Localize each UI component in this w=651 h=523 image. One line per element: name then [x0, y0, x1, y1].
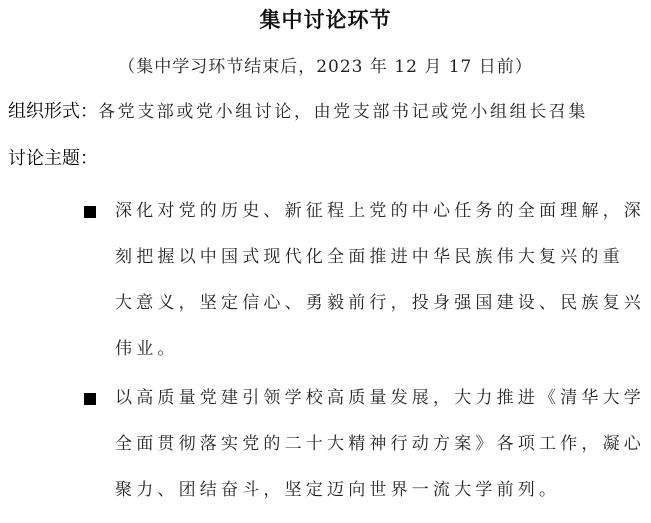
black-square-bullet-icon [84, 206, 96, 218]
topic-text: 以高质量党建引领学校高质量发展，大力推进《清华大学 全面贯彻落实党的二十大精神行… [115, 384, 645, 522]
topic-line: 大意义，坚定信心、勇毅前行，投身强国建设、民族复兴 [115, 289, 645, 335]
black-square-bullet-icon [84, 393, 96, 405]
organization-value: 各党支部或党小组讨论，由党支部书记或党小组组长召集 [98, 102, 588, 122]
topic-line: 刻把握以中国式现代化全面推进中华民族伟大复兴的重 [115, 243, 645, 289]
topic-line: 深化对党的历史、新征程上党的中心任务的全面理解，深 [115, 197, 645, 243]
topic-line: 伟业。 [115, 335, 645, 381]
page-subtitle: （集中学习环节结束后，2023 年 12 月 17 日前） [0, 53, 651, 81]
topic-line: 聚力、团结奋斗，坚定迈向世界一流大学前列。 [115, 476, 645, 522]
topic-line: 全面贯彻落实党的二十大精神行动方案》各项工作，凝心 [115, 430, 645, 476]
page-title: 集中讨论环节 [0, 6, 651, 34]
topics-label: 讨论主题： [8, 148, 98, 169]
topic-text: 深化对党的历史、新征程上党的中心任务的全面理解，深 刻把握以中国式现代化全面推进… [115, 197, 645, 381]
topic-line: 以高质量党建引领学校高质量发展，大力推进《清华大学 [115, 384, 645, 430]
organization-row: 组织形式：各党支部或党小组讨论，由党支部书记或党小组组长召集 [8, 98, 588, 126]
organization-label: 组织形式： [8, 101, 98, 122]
topics-row: 讨论主题： [8, 145, 98, 173]
